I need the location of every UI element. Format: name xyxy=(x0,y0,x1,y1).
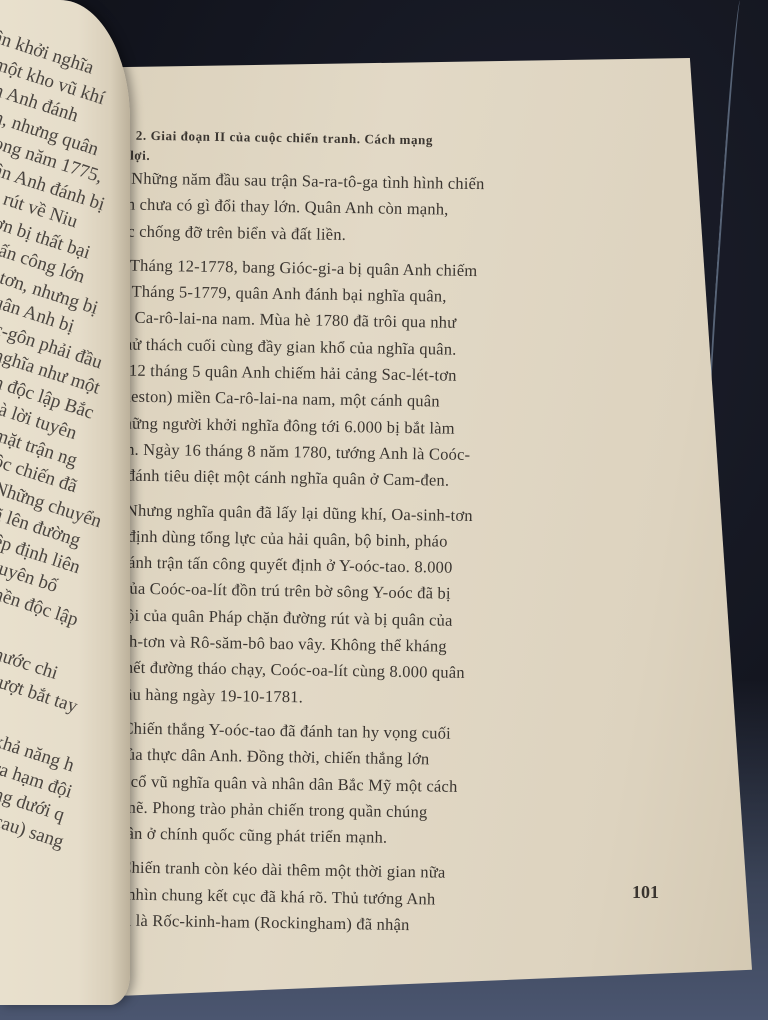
paragraph-4: Chiến thắng Y-oóc-tao đã đánh tan hy vọn… xyxy=(81,715,663,856)
paragraph-2: Tháng 12-1778, bang Gióc-gi-a bị quân An… xyxy=(86,252,670,498)
heading-line-1: 2. Giai đoạn II của cuộc chiến tranh. Cá… xyxy=(136,128,433,148)
left-page-text: ân khởi nghĩa một kho vũ khí n Anh đánh … xyxy=(0,24,130,834)
right-page-text: 2. Giai đoạn II của cuộc chiến tranh. Cá… xyxy=(79,125,672,950)
page-number: 101 xyxy=(632,882,659,903)
paragraph-5: Chiến tranh còn kéo dài thêm một thời gi… xyxy=(79,854,660,942)
paragraph-3: Nhưng nghĩa quân đã lấy lại dũng khí, Oa… xyxy=(83,497,666,716)
left-page-curled: ân khởi nghĩa một kho vũ khí n Anh đánh … xyxy=(0,0,130,1005)
paragraph-1: Những năm đầu sau trận Sa-ra-tô-ga tình … xyxy=(90,165,671,253)
